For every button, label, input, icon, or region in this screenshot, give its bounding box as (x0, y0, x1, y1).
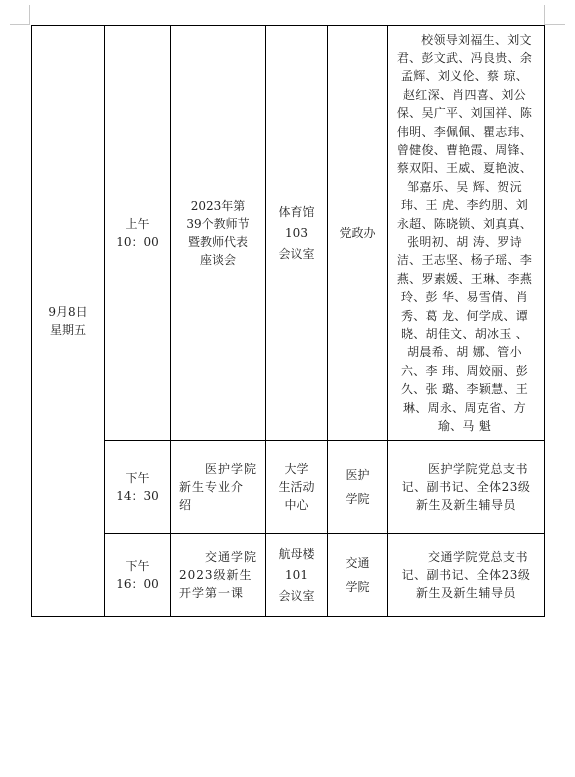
corner-mark-top-right-horizontal (545, 24, 565, 25)
table-row: 9月8日 星期五 上午 10：00 2023年第 39个教师节 暨教师代表 座谈… (32, 26, 545, 441)
event-cell: 医护学院 新生专业介 绍 (171, 441, 266, 534)
time-period: 下午 (105, 469, 170, 487)
time-period: 上午 (105, 215, 170, 233)
corner-mark-top-left-horizontal (10, 24, 30, 25)
event-line: 2023级新生 (179, 566, 257, 584)
event-line: 新生专业介 (179, 478, 257, 496)
event-line: 暨教师代表 (177, 233, 259, 251)
attendees-cell: 医护学院党总支书记、副书记、全体23级新生及新生辅导员 (388, 441, 545, 534)
date-cell: 9月8日 星期五 (32, 26, 105, 617)
time-cell: 上午 10：00 (105, 26, 171, 441)
time-cell: 下午 16：00 (105, 534, 171, 617)
location-line: 体育馆 (266, 202, 327, 223)
location-line: 103 (266, 223, 327, 244)
organizer-text: 党政办 (339, 226, 375, 240)
location-line: 航母楼 (266, 544, 327, 565)
location-line: 101 (266, 565, 327, 586)
event-line: 交通学院 (179, 548, 257, 566)
location-cell: 体育馆 103 会议室 (266, 26, 328, 441)
location-line: 会议室 (266, 586, 327, 607)
location-line: 中心 (266, 496, 327, 514)
time-value: 16：00 (105, 575, 170, 593)
organizer-line: 学院 (328, 487, 387, 511)
table-row: 下午 16：00 交通学院 2023级新生 开学第一课 航母楼 101 会议室 … (32, 534, 545, 617)
corner-mark-top-right-vertical (544, 5, 545, 25)
location-cell: 航母楼 101 会议室 (266, 534, 328, 617)
organizer-cell: 党政办 (328, 26, 388, 441)
organizer-line: 交通 (328, 551, 387, 575)
event-line: 座谈会 (177, 251, 259, 269)
time-period: 下午 (105, 557, 170, 575)
event-line: 绍 (179, 496, 257, 514)
corner-mark-top-left-vertical (29, 5, 30, 25)
event-cell: 交通学院 2023级新生 开学第一课 (171, 534, 266, 617)
location-line: 生活动 (266, 478, 327, 496)
event-cell: 2023年第 39个教师节 暨教师代表 座谈会 (171, 26, 266, 441)
time-value: 14：30 (105, 487, 170, 505)
weekday-text: 星期五 (32, 321, 104, 339)
location-line: 大学 (266, 460, 327, 478)
schedule-table: 9月8日 星期五 上午 10：00 2023年第 39个教师节 暨教师代表 座谈… (31, 25, 545, 617)
organizer-line: 医护 (328, 463, 387, 487)
attendees-cell: 交通学院党总支书记、副书记、全体23级新生及新生辅导员 (388, 534, 545, 617)
location-cell: 大学 生活动 中心 (266, 441, 328, 534)
location-line: 会议室 (266, 244, 327, 265)
time-cell: 下午 14：30 (105, 441, 171, 534)
event-line: 开学第一课 (179, 584, 257, 602)
attendees-cell: 校领导刘福生、刘文君、彭文武、冯良贵、余孟辉、刘义伦、蔡 琼、赵红深、肖四喜、刘… (388, 26, 545, 441)
organizer-line: 学院 (328, 575, 387, 599)
organizer-cell: 医护 学院 (328, 441, 388, 534)
organizer-cell: 交通 学院 (328, 534, 388, 617)
event-line: 医护学院 (179, 460, 257, 478)
table-row: 下午 14：30 医护学院 新生专业介 绍 大学 生活动 中心 医护 学院 医护… (32, 441, 545, 534)
event-line: 39个教师节 (177, 215, 259, 233)
event-line: 2023年第 (177, 197, 259, 215)
time-value: 10：00 (105, 233, 170, 251)
date-text: 9月8日 (32, 303, 104, 321)
